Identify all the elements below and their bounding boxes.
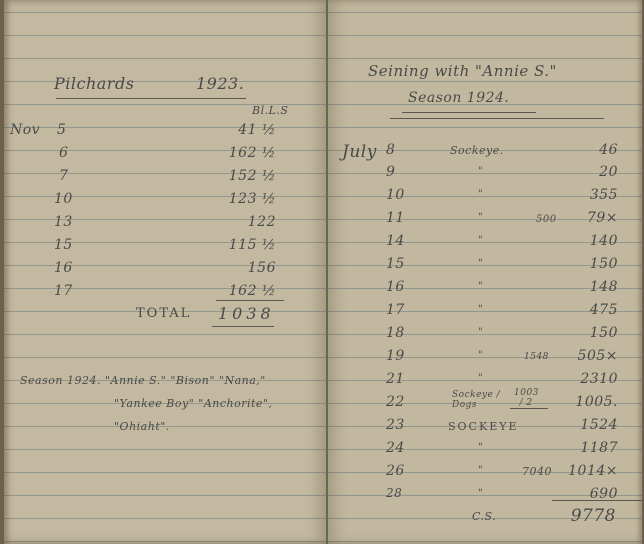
fish-type: " <box>478 258 483 269</box>
day: 13 <box>54 214 73 230</box>
season-note-line3: "Ohiaht". <box>114 420 170 433</box>
amount: 152 ½ <box>224 168 276 184</box>
day: 15 <box>54 237 73 253</box>
fish-type: " <box>478 166 483 177</box>
total-rule <box>216 300 284 301</box>
side-note: 1003 / 2 <box>514 388 538 408</box>
note-rule <box>510 408 548 409</box>
fish-type: " <box>478 235 483 246</box>
day: 10 <box>54 191 73 207</box>
title-underline <box>56 98 246 99</box>
total-rule <box>552 500 642 501</box>
fish-type: SOCKEYE <box>448 420 519 433</box>
fish-type: " <box>478 488 483 499</box>
day: 14 <box>386 233 405 249</box>
side-note: 7040 <box>522 465 552 478</box>
amount: 123 ½ <box>224 191 276 207</box>
amount: 115 ½ <box>224 237 276 253</box>
day: 16 <box>386 279 405 295</box>
day: 11 <box>386 210 405 226</box>
left-year: 1923. <box>196 74 244 93</box>
right-title: Seining with "Annie S." <box>368 62 557 80</box>
amount: 1005. <box>568 394 618 410</box>
day: 22 <box>386 394 405 410</box>
footer-label: C.S. <box>472 510 496 523</box>
day: 16 <box>54 260 73 276</box>
amount: 2310 <box>568 371 618 387</box>
fish-type: " <box>478 442 483 453</box>
amount: 355 <box>568 187 618 203</box>
fish-type: " <box>478 327 483 338</box>
total-double-rule <box>212 326 274 327</box>
day: 23 <box>386 417 405 433</box>
total-value: 1038 <box>218 304 275 323</box>
day: 9 <box>386 164 395 180</box>
amount: 122 <box>224 214 276 230</box>
fish-type: " <box>478 373 483 384</box>
amount: 41 ½ <box>224 122 276 138</box>
season-note-line1: Season 1924. "Annie S." "Bison" "Nana," <box>20 374 266 387</box>
amount: 148 <box>568 279 618 295</box>
day: 18 <box>386 325 405 341</box>
day: 19 <box>386 348 405 364</box>
month-label: July <box>342 142 377 162</box>
amount: 1014× <box>568 463 618 479</box>
amount: 505× <box>568 348 618 364</box>
day: 26 <box>386 463 405 479</box>
subtitle-underline <box>402 112 536 113</box>
amount: 162 ½ <box>224 283 276 299</box>
season-note-line2: "Yankee Boy" "Anchorite", <box>114 397 273 410</box>
day: 24 <box>386 440 405 456</box>
side-note: 1548 <box>524 352 549 362</box>
right-subtitle: Season 1924. <box>408 90 509 106</box>
amount: 140 <box>568 233 618 249</box>
amount: 79× <box>568 210 618 226</box>
day: 8 <box>386 142 395 158</box>
fish-type: " <box>478 465 483 476</box>
total-value: 9778 <box>558 506 616 526</box>
fish-type: " <box>478 281 483 292</box>
amount: 46 <box>568 142 618 158</box>
left-title: Pilchards <box>54 74 134 93</box>
fish-type: " <box>478 189 483 200</box>
left-page: Pilchards 1923. Bl.L.S Nov 5 41 ½ 6 162 … <box>4 0 326 544</box>
amount: 150 <box>568 325 618 341</box>
fish-type: " <box>478 350 483 361</box>
amount: 150 <box>568 256 618 272</box>
day: 17 <box>54 283 73 299</box>
amount: 162 ½ <box>224 145 276 161</box>
unit-header: Bl.L.S <box>252 104 288 117</box>
day: 15 <box>386 256 405 272</box>
day: 17 <box>386 302 405 318</box>
day: 7 <box>59 168 68 184</box>
fish-type: Sockeye. <box>450 144 504 157</box>
amount: 156 <box>224 260 276 276</box>
amount: 20 <box>568 164 618 180</box>
day: 5 <box>57 122 66 138</box>
subtitle-underline-2 <box>390 118 604 119</box>
amount: 475 <box>568 302 618 318</box>
total-label: TOTAL <box>136 306 191 321</box>
month-label: Nov <box>10 122 40 138</box>
fish-type: " <box>478 212 483 223</box>
day: 21 <box>386 371 405 387</box>
day: 10 <box>386 187 405 203</box>
side-note: 500 <box>536 214 557 225</box>
fish-type: Sockeye / Dogs <box>452 390 512 410</box>
day: 6 <box>59 145 68 161</box>
fish-type: " <box>478 304 483 315</box>
day: 28 <box>386 486 402 500</box>
amount: 1524 <box>568 417 618 433</box>
right-page: Seining with "Annie S." Season 1924. Jul… <box>328 0 642 544</box>
amount: 1187 <box>568 440 618 456</box>
notebook-spread: Pilchards 1923. Bl.L.S Nov 5 41 ½ 6 162 … <box>0 0 644 544</box>
